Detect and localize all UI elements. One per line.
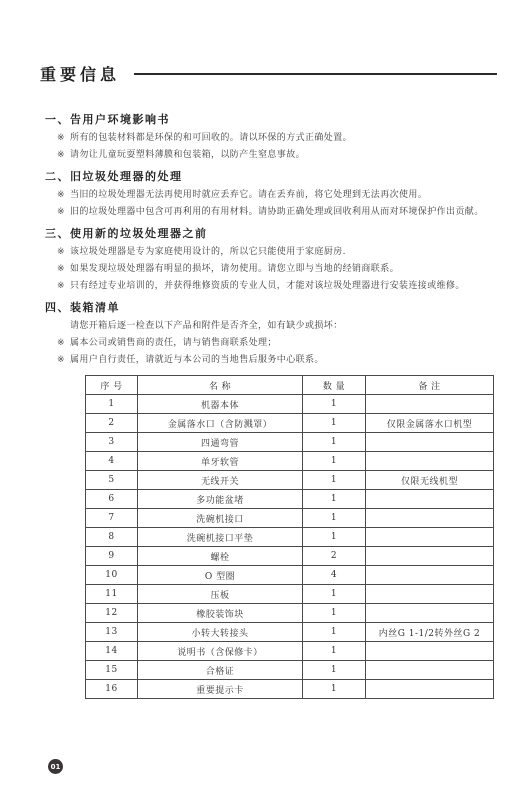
notice-item: ※ 所有的包装材料都是环保的和可回收的。请以环保的方式正确处置。 bbox=[57, 130, 497, 147]
notice-item: ※ 只有经过专业培训的，并获得维修资质的专业人员，才能对该垃圾处理器进行安装连接… bbox=[57, 278, 497, 295]
cell-serial: 6 bbox=[86, 490, 138, 509]
cell-remark bbox=[366, 680, 494, 699]
notice-item: ※ 旧的垃圾处理器中包含可再利用的有用材料。请协助正确处理或回收利用从而对环境保… bbox=[57, 204, 497, 221]
cell-quantity: 1 bbox=[303, 509, 366, 528]
cell-name: 重要提示卡 bbox=[138, 680, 303, 699]
table-row: 6多功能盆堵1 bbox=[86, 490, 494, 509]
cell-name: 压板 bbox=[138, 585, 303, 604]
cell-quantity: 1 bbox=[303, 395, 366, 414]
cell-remark bbox=[366, 452, 494, 471]
cell-remark bbox=[366, 528, 494, 547]
cell-name: 无线开关 bbox=[138, 471, 303, 490]
cell-quantity: 1 bbox=[303, 452, 366, 471]
section-environment-notice: 一、告用户环境影响书 ※ 所有的包装材料都是环保的和可回收的。请以环保的方式正确… bbox=[45, 110, 497, 164]
cell-name: 洗碗机接口 bbox=[138, 509, 303, 528]
cell-remark bbox=[366, 509, 494, 528]
notice-text: 属本公司或销售商的责任，请与销售商联系处理； bbox=[70, 335, 277, 352]
cell-remark bbox=[366, 490, 494, 509]
bullet-marker: ※ bbox=[57, 352, 70, 369]
cell-quantity: 1 bbox=[303, 680, 366, 699]
table-row: 9螺栓2 bbox=[86, 547, 494, 566]
notice-text: 只有经过专业培训的，并获得维修资质的专业人员，才能对该垃圾处理器进行安装连接或维… bbox=[70, 278, 465, 295]
cell-serial: 11 bbox=[86, 585, 138, 604]
cell-remark bbox=[366, 585, 494, 604]
cell-name: 多功能盆堵 bbox=[138, 490, 303, 509]
cell-quantity: 1 bbox=[303, 623, 366, 642]
table-row: 1机器本体1 bbox=[86, 395, 494, 414]
cell-name: 四通弯管 bbox=[138, 433, 303, 452]
packing-list-table: 序 号 名 称 数 量 备 注 1机器本体12金属落水口（含防溅罩）1仅限金属落… bbox=[85, 375, 494, 699]
cell-quantity: 1 bbox=[303, 642, 366, 661]
section-heading: 三、使用新的垃圾处理器之前 bbox=[45, 224, 497, 244]
cell-name: 合格证 bbox=[138, 661, 303, 680]
table-row: 13小转大转接头1内丝G 1-1/2转外丝G 2 bbox=[86, 623, 494, 642]
bullet-marker: ※ bbox=[57, 244, 70, 261]
cell-quantity: 2 bbox=[303, 547, 366, 566]
cell-serial: 9 bbox=[86, 547, 138, 566]
bullet-marker: ※ bbox=[57, 187, 70, 204]
cell-serial: 15 bbox=[86, 661, 138, 680]
cell-name: 机器本体 bbox=[138, 395, 303, 414]
cell-remark bbox=[366, 395, 494, 414]
table-row: 14说明书（含保修卡）1 bbox=[86, 642, 494, 661]
table-row: 5无线开关1仅限无线机型 bbox=[86, 471, 494, 490]
cell-serial: 3 bbox=[86, 433, 138, 452]
notice-item: ※ 属本公司或销售商的责任，请与销售商联系处理； bbox=[57, 335, 497, 352]
notice-item: ※ 该垃圾处理器是专为家庭使用设计的，所以它只能使用于家庭厨房. bbox=[57, 244, 497, 261]
cell-quantity: 1 bbox=[303, 604, 366, 623]
bullet-marker: ※ bbox=[57, 261, 70, 278]
packing-list-intro: 请您开箱后逐一检查以下产品和附件是否齐全，如有缺少或损坏： bbox=[70, 318, 497, 335]
bullet-marker: ※ bbox=[57, 147, 70, 164]
cell-remark bbox=[366, 661, 494, 680]
page-header: 重要信息 bbox=[40, 62, 497, 85]
cell-remark: 仅限无线机型 bbox=[366, 471, 494, 490]
cell-quantity: 1 bbox=[303, 528, 366, 547]
cell-quantity: 1 bbox=[303, 471, 366, 490]
cell-name: 小转大转接头 bbox=[138, 623, 303, 642]
cell-serial: 8 bbox=[86, 528, 138, 547]
bullet-marker: ※ bbox=[57, 130, 70, 147]
section-heading: 四、装箱清单 bbox=[45, 298, 497, 318]
cell-quantity: 1 bbox=[303, 414, 366, 433]
cell-serial: 4 bbox=[86, 452, 138, 471]
title-rule bbox=[134, 73, 497, 75]
notice-item: ※ 请勿让儿童玩耍塑料薄膜和包装箱，以防产生窒息事故。 bbox=[57, 147, 497, 164]
cell-quantity: 4 bbox=[303, 566, 366, 585]
cell-quantity: 1 bbox=[303, 490, 366, 509]
table-row: 3四通弯管1 bbox=[86, 433, 494, 452]
table-row: 4单牙软管1 bbox=[86, 452, 494, 471]
cell-remark bbox=[366, 566, 494, 585]
cell-remark bbox=[366, 642, 494, 661]
cell-serial: 14 bbox=[86, 642, 138, 661]
table-row: 8洗碗机接口平垫1 bbox=[86, 528, 494, 547]
cell-name: 单牙软管 bbox=[138, 452, 303, 471]
cell-quantity: 1 bbox=[303, 585, 366, 604]
section-heading: 二、旧垃圾处理器的处理 bbox=[45, 167, 497, 187]
cell-remark bbox=[366, 547, 494, 566]
cell-serial: 1 bbox=[86, 395, 138, 414]
cell-serial: 12 bbox=[86, 604, 138, 623]
bullet-marker: ※ bbox=[57, 335, 70, 352]
bullet-marker: ※ bbox=[57, 204, 70, 221]
bullet-marker: ※ bbox=[57, 278, 70, 295]
cell-quantity: 1 bbox=[303, 661, 366, 680]
page-title: 重要信息 bbox=[40, 62, 120, 85]
header-quantity: 数 量 bbox=[303, 376, 366, 395]
cell-serial: 10 bbox=[86, 566, 138, 585]
cell-serial: 2 bbox=[86, 414, 138, 433]
table-row: 11压板1 bbox=[86, 585, 494, 604]
header-remark: 备 注 bbox=[366, 376, 494, 395]
cell-name: 说明书（含保修卡） bbox=[138, 642, 303, 661]
cell-name: 金属落水口（含防溅罩） bbox=[138, 414, 303, 433]
cell-quantity: 1 bbox=[303, 433, 366, 452]
section-before-use: 三、使用新的垃圾处理器之前 ※ 该垃圾处理器是专为家庭使用设计的，所以它只能使用… bbox=[45, 224, 497, 295]
table-row: 10O 型圈4 bbox=[86, 566, 494, 585]
cell-name: 橡胶装饰块 bbox=[138, 604, 303, 623]
packing-table-body: 1机器本体12金属落水口（含防溅罩）1仅限金属落水口机型3四通弯管14单牙软管1… bbox=[86, 395, 494, 699]
cell-remark: 内丝G 1-1/2转外丝G 2 bbox=[366, 623, 494, 642]
table-row: 12橡胶装饰块1 bbox=[86, 604, 494, 623]
header-serial: 序 号 bbox=[86, 376, 138, 395]
notice-item: ※ 如果发现垃圾处理器有明显的损坏，请勿使用。请您立即与当地的经销商联系。 bbox=[57, 261, 497, 278]
page-number: 01 bbox=[51, 763, 61, 771]
table-row: 7洗碗机接口1 bbox=[86, 509, 494, 528]
notice-text: 所有的包装材料都是环保的和可回收的。请以环保的方式正确处置。 bbox=[70, 130, 352, 147]
cell-serial: 13 bbox=[86, 623, 138, 642]
header-name: 名 称 bbox=[138, 376, 303, 395]
notice-text: 属用户自行责任，请就近与本公司的当地售后服务中心联系。 bbox=[70, 352, 324, 369]
notice-text: 当旧的垃圾处理器无法再使用时就应丢弃它。请在丢弃前，将它处理到无法再次使用。 bbox=[70, 187, 427, 204]
cell-serial: 7 bbox=[86, 509, 138, 528]
manual-page: 重要信息 一、告用户环境影响书 ※ 所有的包装材料都是环保的和可回收的。请以环保… bbox=[0, 0, 517, 790]
cell-serial: 5 bbox=[86, 471, 138, 490]
notice-text: 请勿让儿童玩耍塑料薄膜和包装箱，以防产生窒息事故。 bbox=[70, 147, 305, 164]
table-header-row: 序 号 名 称 数 量 备 注 bbox=[86, 376, 494, 395]
table-row: 15合格证1 bbox=[86, 661, 494, 680]
cell-serial: 16 bbox=[86, 680, 138, 699]
cell-remark bbox=[366, 433, 494, 452]
cell-remark: 仅限金属落水口机型 bbox=[366, 414, 494, 433]
notice-item: ※ 属用户自行责任，请就近与本公司的当地售后服务中心联系。 bbox=[57, 352, 497, 369]
notice-text: 该垃圾处理器是专为家庭使用设计的，所以它只能使用于家庭厨房. bbox=[70, 244, 346, 261]
table-row: 16重要提示卡1 bbox=[86, 680, 494, 699]
cell-name: 洗碗机接口平垫 bbox=[138, 528, 303, 547]
notice-text: 旧的垃圾处理器中包含可再利用的有用材料。请协助正确处理或回收利用从而对环境保护作… bbox=[70, 204, 484, 221]
cell-name: O 型圈 bbox=[138, 566, 303, 585]
notice-text: 如果发现垃圾处理器有明显的损坏，请勿使用。请您立即与当地的经销商联系。 bbox=[70, 261, 399, 278]
cell-remark bbox=[366, 604, 494, 623]
section-heading: 一、告用户环境影响书 bbox=[45, 110, 497, 130]
table-row: 2金属落水口（含防溅罩）1仅限金属落水口机型 bbox=[86, 414, 494, 433]
section-packing-list: 四、装箱清单 请您开箱后逐一检查以下产品和附件是否齐全，如有缺少或损坏： ※ 属… bbox=[45, 298, 497, 699]
section-old-disposer: 二、旧垃圾处理器的处理 ※ 当旧的垃圾处理器无法再使用时就应丢弃它。请在丢弃前，… bbox=[45, 167, 497, 221]
cell-name: 螺栓 bbox=[138, 547, 303, 566]
notice-item: ※ 当旧的垃圾处理器无法再使用时就应丢弃它。请在丢弃前，将它处理到无法再次使用。 bbox=[57, 187, 497, 204]
page-number-badge: 01 bbox=[48, 759, 63, 774]
